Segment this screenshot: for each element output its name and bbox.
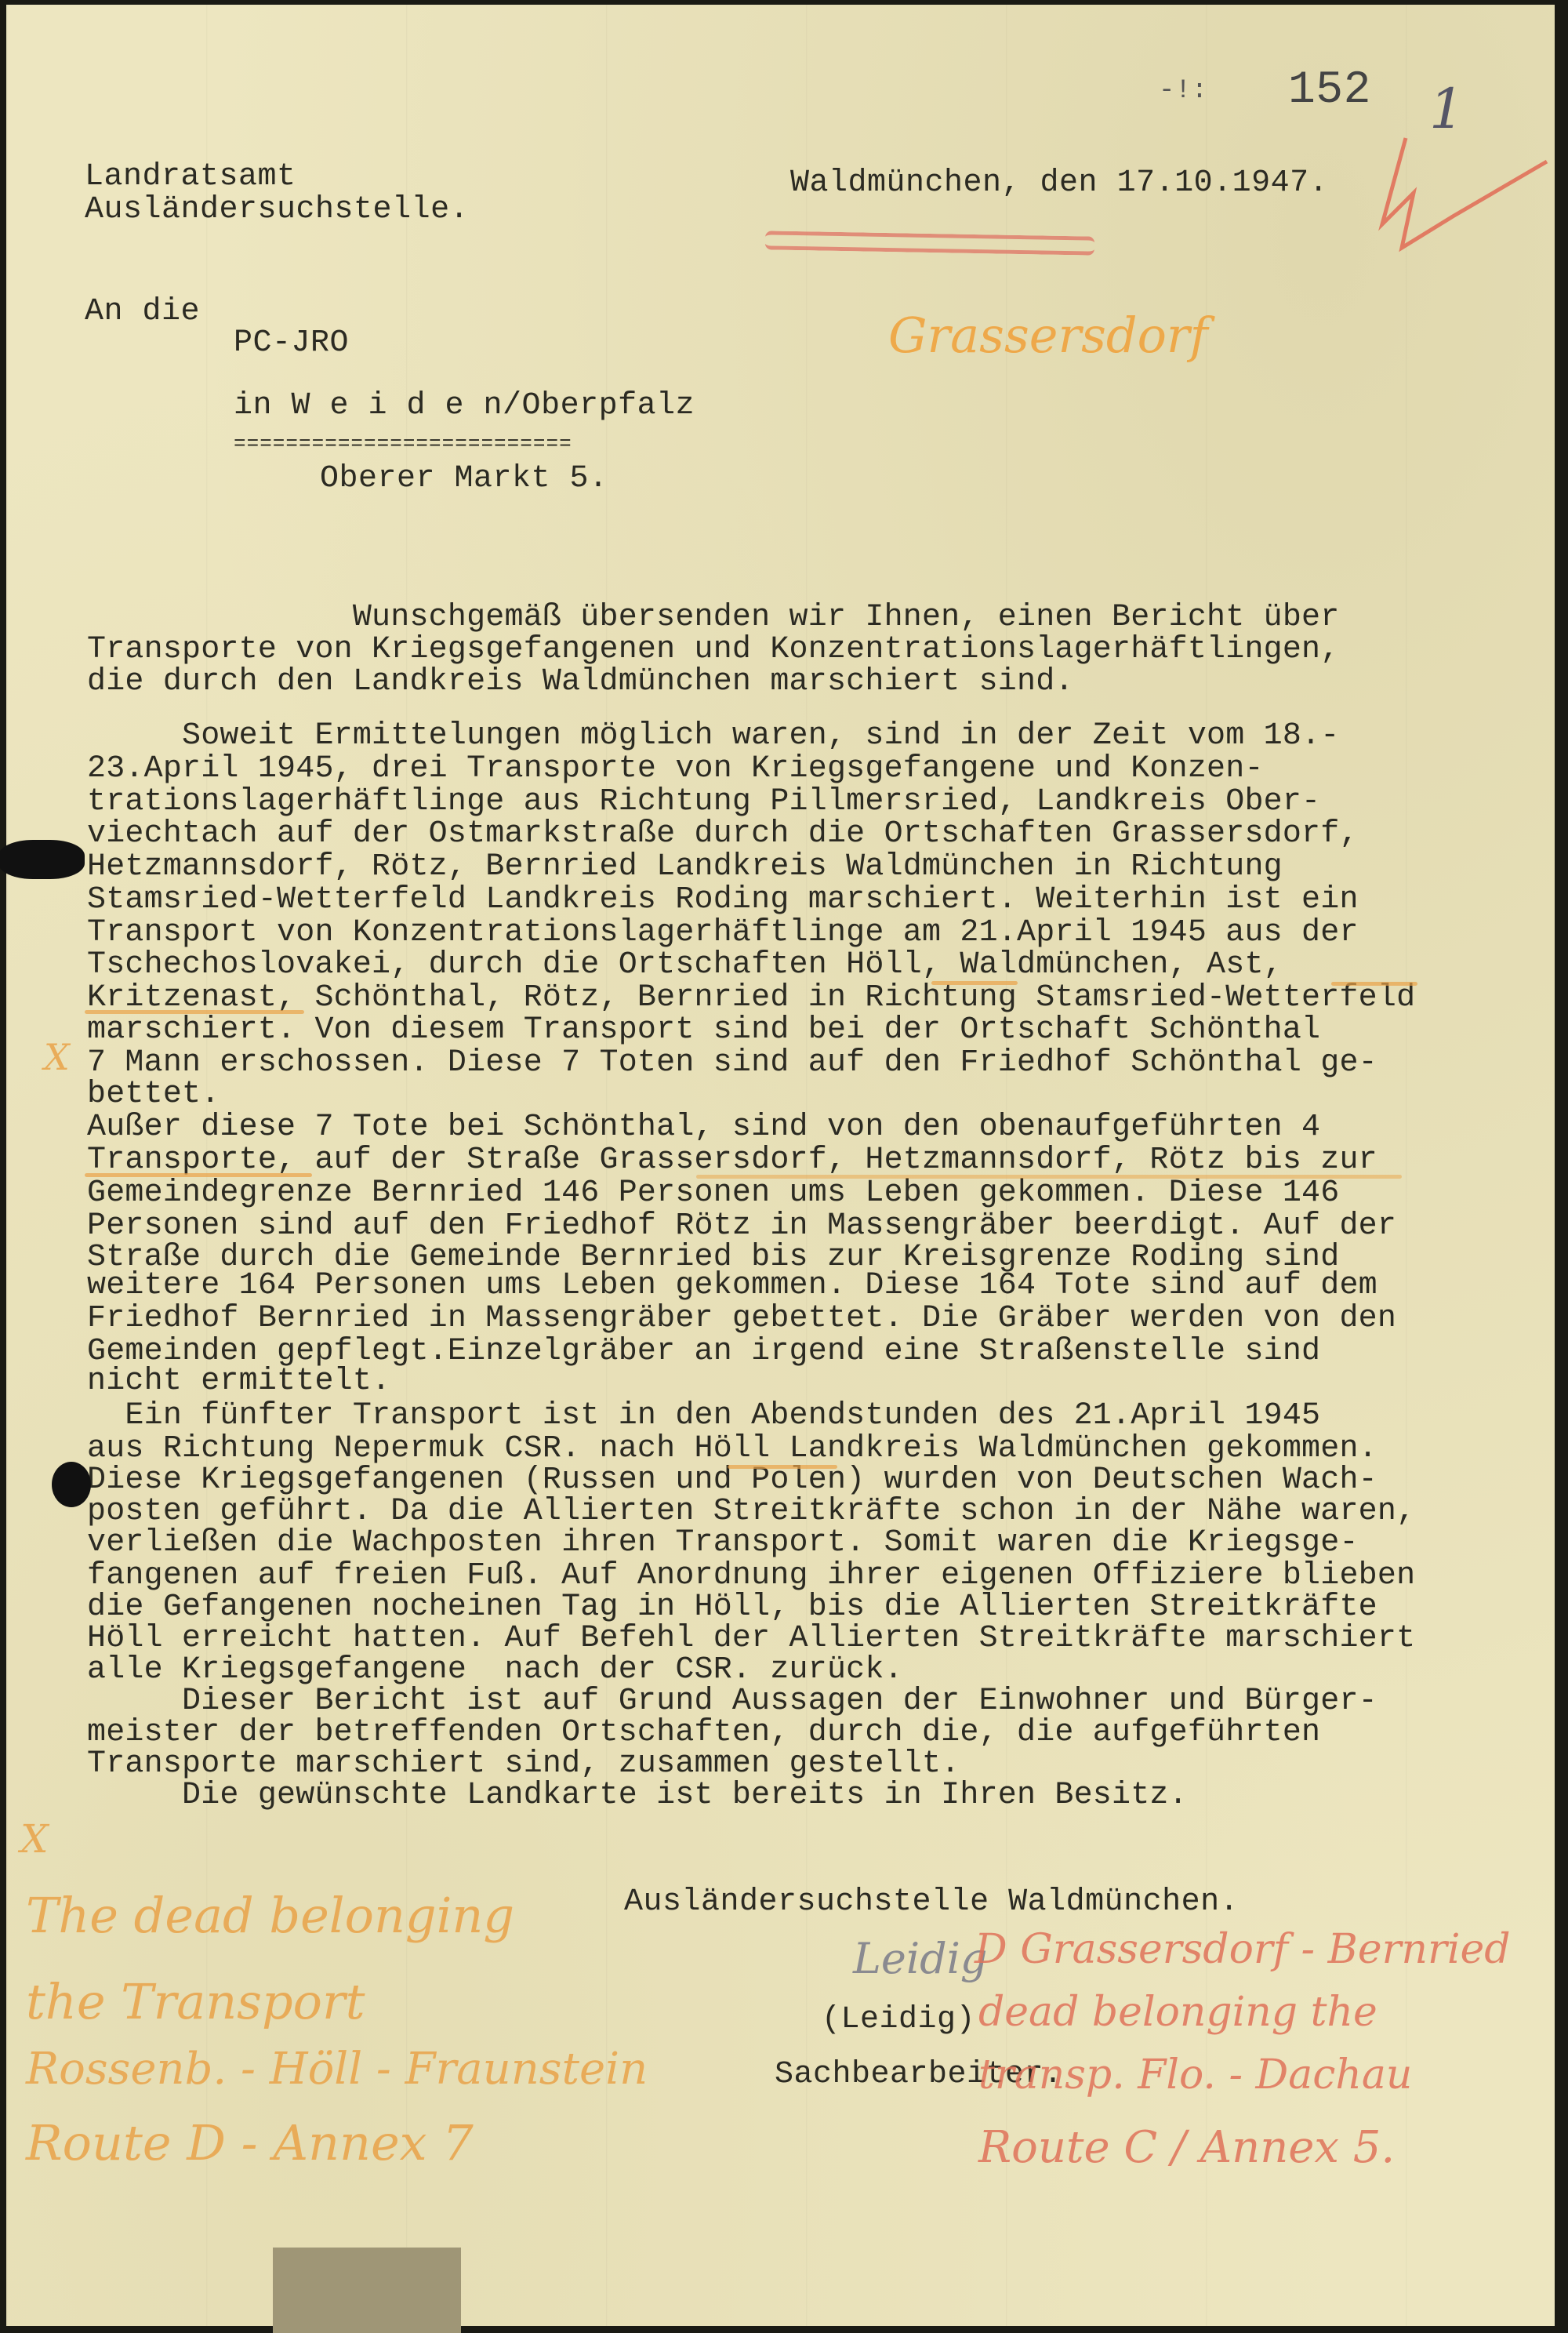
body-line: aus Richtung Nepermuk CSR. nach Höll Lan… [87, 1434, 1377, 1465]
note-line: D Grassersdorf - Bernried [975, 1926, 1511, 1973]
red-strike-scribble [765, 231, 1094, 255]
place-date: Waldmünchen, den 17.10.1947. [790, 168, 1328, 199]
body-line: alle Kriegsgefangene nach der CSR. zurüc… [87, 1655, 903, 1686]
sender-line-2: Ausländersuchstelle. [85, 194, 469, 226]
body-line: die durch den Landkreis Waldmünchen mars… [87, 667, 1074, 698]
body-line: Soweit Ermittelungen möglich waren, sind… [87, 721, 1339, 752]
handwritten-grassersdorf: Grassersdorf [888, 307, 1208, 364]
orange-underline [728, 1465, 837, 1469]
sender-line-1: Landratsamt [85, 162, 296, 193]
document-page: -!: 152 1 Landratsamt Ausländersuchstell… [6, 5, 1555, 2326]
page-mark-left: -!: [1159, 75, 1208, 107]
signature: Leidig [853, 1934, 988, 1983]
note-line: The dead belonging [26, 1887, 514, 1944]
body-line: viechtach auf der Ostmarkstraße durch di… [87, 819, 1359, 850]
body-line: Gemeinden gepflegt.Einzelgräber an irgen… [87, 1336, 1320, 1368]
body-line: Ein fünfter Transport ist in den Abendst… [87, 1401, 1320, 1432]
orange-underline [85, 1173, 312, 1177]
body-line: Außer diese 7 Tote bei Schönthal, sind v… [87, 1112, 1320, 1143]
note-line: Route C / Annex 5. [978, 2122, 1395, 2173]
red-initials-mark [1374, 130, 1555, 263]
body-line: Tschechoslovakei, durch die Ortschaften … [87, 950, 1283, 981]
orange-underline [931, 981, 1018, 985]
recipient-name: PC-JRO [234, 328, 349, 359]
body-line: Transporte, auf der Straße Grassersdorf,… [87, 1145, 1377, 1176]
body-line: marschiert. Von diesem Transport sind be… [87, 1015, 1320, 1046]
note-line: X [20, 1816, 49, 1862]
body-line: Transporte marschiert sind, zusammen ges… [87, 1749, 960, 1780]
orange-underline [696, 1175, 1402, 1179]
recipient-city: in W e i d e n/Oberpfalz [234, 391, 695, 422]
typed-name: (Leidig) [822, 2004, 975, 2036]
closing-office: Ausländersuchstelle Waldmünchen. [624, 1887, 1239, 1918]
orange-underline [85, 1010, 304, 1014]
body-line: weitere 164 Personen ums Leben gekommen.… [87, 1270, 1377, 1302]
body-line: trationslagerhäftlinge aus Richtung Pill… [87, 787, 1320, 818]
body-line: Personen sind auf den Friedhof Rötz in M… [87, 1211, 1396, 1242]
punch-hole [0, 840, 85, 879]
body-line: Die gewünschte Landkarte ist bereits in … [87, 1780, 1188, 1812]
body-line: verließen die Wachposten ihren Transport… [87, 1528, 1359, 1559]
body-line: Hetzmannsdorf, Rötz, Bernried Landkreis … [87, 852, 1283, 883]
body-line: Transporte von Kriegsgefangenen und Konz… [87, 634, 1339, 666]
body-line: 7 Mann erschossen. Diese 7 Toten sind au… [87, 1048, 1377, 1079]
body-line: meister der betreffenden Ortschaften, du… [87, 1717, 1320, 1749]
body-line: Diese Kriegsgefangenen (Russen und Polen… [87, 1465, 1377, 1496]
body-line: Höll erreicht hatten. Auf Befehl der All… [87, 1623, 1415, 1655]
recipient-street: Oberer Markt 5. [320, 463, 608, 495]
body-line: Dieser Bericht ist auf Grund Aussagen de… [87, 1686, 1377, 1717]
body-line: posten geführt. Da die Allierten Streitk… [87, 1496, 1415, 1528]
body-line: Transport von Konzentrationslagerhäftlin… [87, 918, 1359, 949]
recipient-rule: ========================== [234, 428, 572, 460]
recipient-salutation: An die [85, 296, 200, 328]
body-line: Stamsried-Wetterfeld Landkreis Roding ma… [87, 885, 1359, 916]
margin-x-mark: X [44, 1036, 70, 1078]
body-line: Wunschgemäß übersenden wir Ihnen, einen … [87, 602, 1339, 634]
orange-underline [1331, 982, 1417, 986]
body-line: fangenen auf freien Fuß. Auf Anordnung i… [87, 1561, 1415, 1592]
note-line: transp. Flo. - Dachau [978, 2051, 1412, 2099]
body-line: die Gefangenen nocheinen Tag in Höll, bi… [87, 1592, 1377, 1623]
note-line: dead belonging the [978, 1989, 1377, 2036]
paper-patch [273, 2248, 461, 2333]
note-line: the Transport [26, 1973, 365, 2030]
body-line: Kritzenast, Schönthal, Rötz, Bernried in… [87, 983, 1415, 1014]
note-line: Rossenb. - Höll - Fraunstein [26, 2044, 648, 2095]
page-number: 152 [1288, 67, 1371, 114]
note-line: Route D - Annex 7 [26, 2114, 474, 2171]
body-line: 23.April 1945, drei Transporte von Krieg… [87, 754, 1264, 785]
body-line: bettet. [87, 1079, 220, 1110]
body-line: nicht ermittelt. [87, 1366, 390, 1397]
punch-hole [52, 1462, 91, 1507]
body-line: Gemeindegrenze Bernried 146 Personen ums… [87, 1178, 1339, 1209]
body-line: Friedhof Bernried in Massengräber gebett… [87, 1303, 1396, 1335]
